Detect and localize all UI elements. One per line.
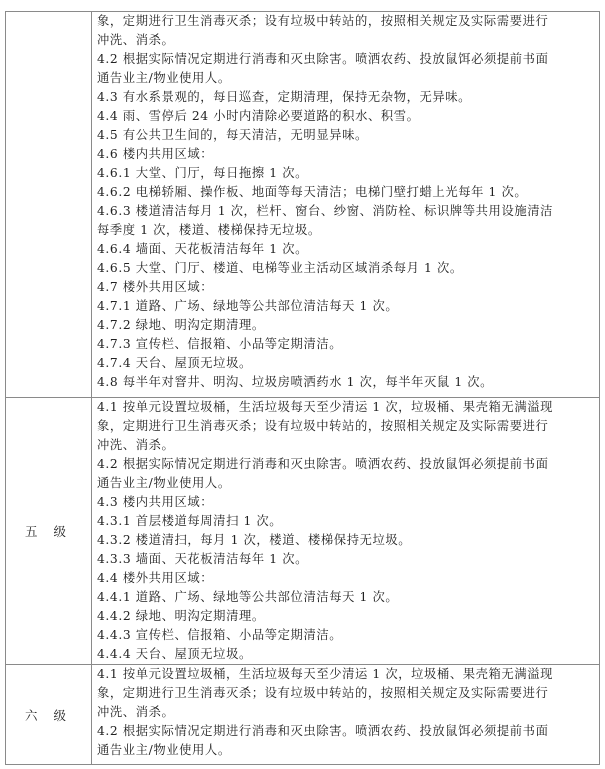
requirement-line: 象，定期进行卫生消毒灭杀；设有垃圾中转站的，按照相关规定及实际需要进行: [97, 417, 595, 436]
requirement-line: 4.6.4 墙面、天花板清洁每年 1 次。: [97, 240, 595, 259]
requirement-line: 通告业主/物业使用人。: [97, 69, 595, 88]
requirements-cell: 4.1 按单元设置垃圾桶，生活垃圾每天至少清运 1 次，垃圾桶、果壳箱无满溢现 …: [92, 398, 600, 665]
requirements-cell: 4.1 按单元设置垃圾桶，生活垃圾每天至少清运 1 次，垃圾桶、果壳箱无满溢现 …: [92, 665, 600, 765]
table-row-level-5: 五 级 4.1 按单元设置垃圾桶，生活垃圾每天至少清运 1 次，垃圾桶、果壳箱无…: [6, 398, 600, 665]
requirement-line: 象，定期进行卫生消毒灭杀；设有垃圾中转站的，按照相关规定及实际需要进行: [97, 684, 595, 703]
level-cell: 六 级: [6, 665, 92, 765]
table-row-continued: 象，定期进行卫生消毒灭杀；设有垃圾中转站的，按照相关规定及实际需要进行 冲洗、消…: [6, 12, 600, 398]
requirement-line: 每季度 1 次，楼道、楼梯保持无垃圾。: [97, 221, 595, 240]
requirement-line: 通告业主/物业使用人。: [97, 741, 595, 760]
requirement-line: 4.1 按单元设置垃圾桶，生活垃圾每天至少清运 1 次，垃圾桶、果壳箱无满溢现: [97, 665, 595, 684]
requirement-line: 4.6 楼内共用区域：: [97, 145, 595, 164]
requirement-line: 4.3.1 首层楼道每周清扫 1 次。: [97, 512, 595, 531]
requirement-line: 4.6.1 大堂、门厅，每日拖擦 1 次。: [97, 164, 595, 183]
requirement-line: 4.6.2 电梯轿厢、操作板、地面等每天清洁；电梯门壁打蜡上光每年 1 次。: [97, 183, 595, 202]
requirement-line: 4.6.3 楼道清洁每月 1 次，栏杆、窗台、纱窗、消防栓、标识牌等共用设施清洁: [97, 202, 595, 221]
requirement-line: 4.4.3 宣传栏、信报箱、小品等定期清洁。: [97, 626, 595, 645]
requirement-line: 4.4.1 道路、广场、绿地等公共部位清洁每天 1 次。: [97, 588, 595, 607]
requirement-line: 4.3 有水系景观的，每日巡查，定期清理，保持无杂物，无异味。: [97, 88, 595, 107]
requirement-line: 4.4 楼外共用区域：: [97, 569, 595, 588]
requirement-line: 4.4.4 天台、屋顶无垃圾。: [97, 645, 595, 664]
requirement-line: 4.1 按单元设置垃圾桶，生活垃圾每天至少清运 1 次，垃圾桶、果壳箱无满溢现: [97, 398, 595, 417]
requirement-line: 冲洗、消杀。: [97, 703, 595, 722]
requirement-line: 象，定期进行卫生消毒灭杀；设有垃圾中转站的，按照相关规定及实际需要进行: [97, 12, 595, 31]
requirement-line: 4.5 有公共卫生间的，每天清洁，无明显异味。: [97, 126, 595, 145]
requirement-line: 4.4 雨、雪停后 24 小时内清除必要道路的积水、积雪。: [97, 107, 595, 126]
requirement-line: 冲洗、消杀。: [97, 31, 595, 50]
requirement-line: 4.4.2 绿地、明沟定期清理。: [97, 607, 595, 626]
requirement-line: 通告业主/物业使用人。: [97, 474, 595, 493]
requirement-line: 4.6.5 大堂、门厅、楼道、电梯等业主活动区域消杀每月 1 次。: [97, 259, 595, 278]
requirement-line: 4.3.2 楼道清扫，每月 1 次，楼道、楼梯保持无垃圾。: [97, 531, 595, 550]
requirement-line: 4.7 楼外共用区域：: [97, 278, 595, 297]
requirement-line: 4.3 楼内共用区域：: [97, 493, 595, 512]
requirement-line: 4.7.3 宣传栏、信报箱、小品等定期清洁。: [97, 335, 595, 354]
level-cell: [6, 12, 92, 398]
requirement-line: 4.7.2 绿地、明沟定期清理。: [97, 316, 595, 335]
requirement-line: 4.7.1 道路、广场、绿地等公共部位清洁每天 1 次。: [97, 297, 595, 316]
cleaning-standards-table: 象，定期进行卫生消毒灭杀；设有垃圾中转站的，按照相关规定及实际需要进行 冲洗、消…: [5, 11, 600, 765]
requirement-line: 4.2 根据实际情况定期进行消毒和灭虫除害。喷洒农药、投放鼠饵必须提前书面: [97, 50, 595, 69]
requirement-line: 4.7.4 天台、屋顶无垃圾。: [97, 354, 595, 373]
requirement-line: 4.2 根据实际情况定期进行消毒和灭虫除害。喷洒农药、投放鼠饵必须提前书面: [97, 455, 595, 474]
requirement-line: 冲洗、消杀。: [97, 436, 595, 455]
requirement-line: 4.3.3 墙面、天花板清洁每年 1 次。: [97, 550, 595, 569]
requirements-cell: 象，定期进行卫生消毒灭杀；设有垃圾中转站的，按照相关规定及实际需要进行 冲洗、消…: [92, 12, 600, 398]
requirement-line: 4.8 每半年对窨井、明沟、垃圾房喷洒药水 1 次，每半年灭鼠 1 次。: [97, 373, 595, 392]
table-row-level-6: 六 级 4.1 按单元设置垃圾桶，生活垃圾每天至少清运 1 次，垃圾桶、果壳箱无…: [6, 665, 600, 765]
requirement-line: 4.2 根据实际情况定期进行消毒和灭虫除害。喷洒农药、投放鼠饵必须提前书面: [97, 722, 595, 741]
level-cell: 五 级: [6, 398, 92, 665]
